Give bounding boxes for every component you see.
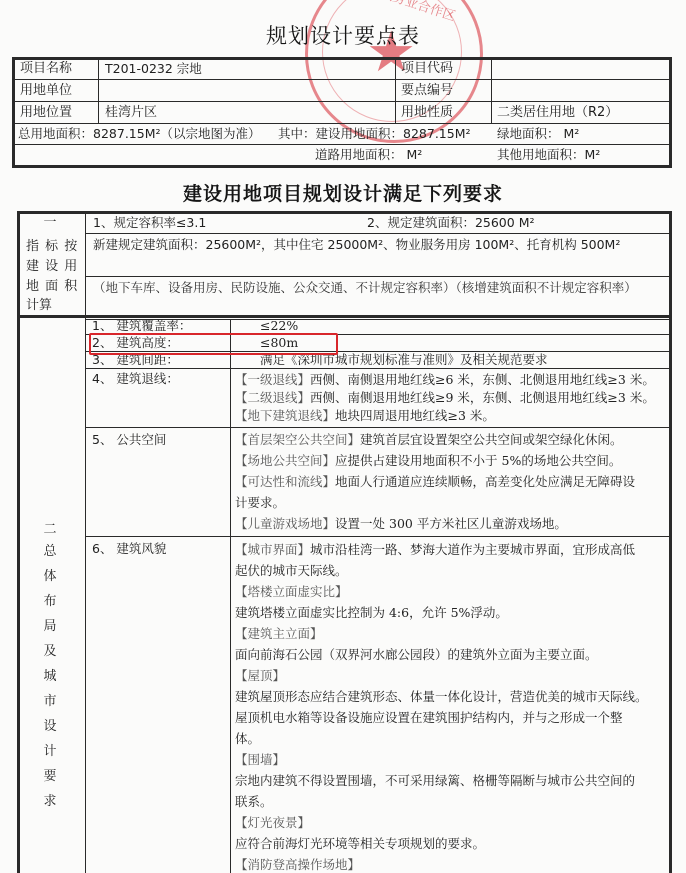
col-divider xyxy=(85,211,86,873)
row-divider xyxy=(13,123,672,124)
construction-area-label: 其中：建设用地面积： xyxy=(278,126,403,141)
public-space-text: 应提供占建设用地面积不小于 5%的场地公共空间。 xyxy=(335,453,621,468)
road-area-label: 道路用地面积： xyxy=(315,147,403,162)
setback-line: 【二级退线】西侧、南侧退用地红线≥9 米，东侧、北侧退用地红线≥3 米。 xyxy=(235,389,655,407)
land-location-label: 用地位置 xyxy=(20,104,72,122)
setback-line: 【地下建筑退线】地块四周退用地红线≥3 米。 xyxy=(235,407,495,425)
section-two-heading-char: 设 xyxy=(40,714,60,740)
project-code-label: 项目代码 xyxy=(401,60,453,78)
project-name-value: T201-0232 宗地 xyxy=(105,60,202,78)
row-divider xyxy=(13,79,672,80)
height-highlight-box xyxy=(89,333,338,355)
row-divider xyxy=(13,101,672,102)
style-label: 6、 建筑风貌 xyxy=(92,540,166,558)
section-two-heading-char: 要 xyxy=(40,764,60,790)
col-divider xyxy=(98,57,99,123)
style-text: 城市沿桂湾一路、梦海大道作为主要城市界面，宜形成高低 xyxy=(310,542,635,557)
land-use-label: 用地性质 xyxy=(401,104,453,122)
public-space-tag: 【场地公共空间】 xyxy=(235,453,335,468)
land-unit-label: 用地单位 xyxy=(20,82,72,100)
section-two-heading-char: 城 xyxy=(40,664,60,690)
area-exclusions: （地下车库、设备用房、民防设施、公众交通、不计规定容积率）（核增建筑面积不计规定… xyxy=(93,279,637,297)
section-two-heading-char: 局 xyxy=(40,614,60,640)
style-line: 【屋顶】 xyxy=(235,667,285,685)
style-line: 【消防登高操作场地】 xyxy=(235,856,360,873)
row-divider xyxy=(85,536,671,537)
row-divider xyxy=(85,276,671,277)
public-space-line: 【儿童游戏场地】设置一处 300 平方米社区儿童游戏场地。 xyxy=(235,515,567,533)
row-divider xyxy=(85,427,671,428)
table-border-right xyxy=(669,57,672,168)
total-area-label: 总用地面积： xyxy=(18,126,93,141)
style-tag: 【城市界面】 xyxy=(235,542,310,557)
setback-tag: 【地下建筑退线】 xyxy=(235,408,335,423)
style-line: 【城市界面】城市沿桂湾一路、梦海大道作为主要城市界面，宜形成高低 xyxy=(235,541,635,559)
style-line: 屋顶机电水箱等设备设施应设置在建筑围护结构内，并与之形成一个整 xyxy=(235,709,623,727)
section-two-heading-char: 求 xyxy=(40,789,60,815)
total-area-row: 总用地面积：8287.15M²（以宗地图为准） xyxy=(18,125,261,143)
public-space-text: 设置一处 300 平方米社区儿童游戏场地。 xyxy=(335,516,567,531)
construction-area-row: 其中：建设用地面积：8287.15M² xyxy=(278,125,471,143)
section-two-heading-char: 总 xyxy=(40,539,60,565)
section-title: 建设用地项目规划设计满足下列要求 xyxy=(0,179,686,206)
style-text: 起伏的城市天际线。 xyxy=(235,563,348,578)
document-title: 规划设计要点表 xyxy=(0,20,686,50)
col-divider xyxy=(395,57,396,123)
style-tag: 【灯光夜景】 xyxy=(235,815,310,830)
section-two-heading-char: 计 xyxy=(40,739,60,765)
style-line: 起伏的城市天际线。 xyxy=(235,562,348,580)
style-line: 【围墙】 xyxy=(235,751,285,769)
public-space-text: 建筑首层宜设置架空公共空间或架空绿化休闲。 xyxy=(360,432,623,447)
table-border-left xyxy=(17,211,20,873)
public-space-tag: 【可达性和流线】 xyxy=(235,474,335,489)
style-tag: 【屋顶】 xyxy=(235,668,285,683)
style-text: 建筑屋顶形态应结合建筑形态、体量一体化设计，营造优美的城市天际线。 xyxy=(235,689,648,704)
section-two-heading-char: 体 xyxy=(40,564,60,590)
section-one-heading-line: 地 面 积 xyxy=(26,278,78,296)
new-gross-floor-area: 新建规定建筑面积：25600M²，其中住宅 25000M²、物业服务用房 100… xyxy=(93,236,620,254)
green-area-label: 绿地面积： xyxy=(497,126,560,141)
section-two-heading-char: 及 xyxy=(40,639,60,665)
row-divider xyxy=(85,233,671,234)
public-space-tag: 【首层架空公共空间】 xyxy=(235,432,360,447)
gross-floor-area: 2、规定建筑面积：25600 M² xyxy=(367,214,535,232)
section-two-heading-char: 布 xyxy=(40,589,60,615)
row-divider xyxy=(13,144,672,145)
section-one-number: 一 xyxy=(40,214,60,232)
style-text: 联系。 xyxy=(235,794,273,809)
style-line: 宗地内建筑不得设置围墙，不可采用绿篱、格栅等隔断与城市公共空间的 xyxy=(235,772,635,790)
public-space-text: 地面人行通道应连续顺畅，高差变化处应满足无障碍设 xyxy=(335,474,635,489)
style-line: 建筑屋顶形态应结合建筑形态、体量一体化设计，营造优美的城市天际线。 xyxy=(235,688,648,706)
table-border-right xyxy=(669,211,672,873)
section-one-heading-line: 指 标 按 xyxy=(26,238,78,256)
section-one-heading-line: 建 设 用 xyxy=(26,258,78,276)
style-text: 建筑塔楼立面虚实比控制为 4:6，允许 5%浮动。 xyxy=(235,605,508,620)
table-border-bottom xyxy=(13,165,672,168)
project-name-label: 项目名称 xyxy=(20,60,72,78)
public-space-tag: 【儿童游戏场地】 xyxy=(235,516,335,531)
style-tag: 【消防登高操作场地】 xyxy=(235,857,360,872)
point-number-label: 要点编号 xyxy=(401,82,453,100)
road-area-row: 道路用地面积： M² xyxy=(315,146,422,164)
other-area-label: 其他用地面积： xyxy=(497,147,585,162)
style-text: 面向前海石公园（双界河水廊公园段）的建筑外立面为主要立面。 xyxy=(235,647,598,662)
style-text: 宗地内建筑不得设置围墙，不可采用绿篱、格栅等隔断与城市公共空间的 xyxy=(235,773,635,788)
style-line: 联系。 xyxy=(235,793,273,811)
setback-tag: 【一级退线】 xyxy=(235,372,310,387)
style-line: 体。 xyxy=(235,730,260,748)
style-text: 体。 xyxy=(235,731,260,746)
total-area-value: 8287.15M²（以宗地图为准） xyxy=(93,126,261,141)
style-text: 应符合前海灯光环境等相关专项规划的要求。 xyxy=(235,836,485,851)
style-line: 【建筑主立面】 xyxy=(235,625,323,643)
public-space-label: 5、 公共空间 xyxy=(92,431,166,449)
land-use-value: 二类居住用地（R2） xyxy=(497,104,618,122)
style-tag: 【建筑主立面】 xyxy=(235,626,323,641)
style-tag: 【塔楼立面虚实比】 xyxy=(235,584,348,599)
setback-line: 【一级退线】西侧、南侧退用地红线≥6 米，东侧、北侧退用地红线≥3 米。 xyxy=(235,371,655,389)
public-space-line: 【可达性和流线】地面人行通道应连续顺畅，高差变化处应满足无障碍设 xyxy=(235,473,635,491)
setback-text: 西侧、南侧退用地红线≥9 米，东侧、北侧退用地红线≥3 米。 xyxy=(310,390,655,405)
other-area-value: M² xyxy=(585,147,601,162)
setback-text: 地块四周退用地红线≥3 米。 xyxy=(335,408,495,423)
col-divider xyxy=(230,319,231,873)
setback-label: 4、 建筑退线： xyxy=(92,370,179,388)
construction-area-value: 8287.15M² xyxy=(403,126,471,141)
green-area-row: 绿地面积： M² xyxy=(497,125,579,143)
style-text: 屋顶机电水箱等设备设施应设置在建筑围护结构内，并与之形成一个整 xyxy=(235,710,623,725)
style-line: 【灯光夜景】 xyxy=(235,814,310,832)
style-line: 【塔楼立面虚实比】 xyxy=(235,583,348,601)
green-area-value: M² xyxy=(564,126,580,141)
road-area-value: M² xyxy=(407,147,423,162)
setback-text: 西侧、南侧退用地红线≥6 米，东侧、北侧退用地红线≥3 米。 xyxy=(310,372,655,387)
land-location-value: 桂湾片区 xyxy=(105,104,157,122)
style-tag: 【围墙】 xyxy=(235,752,285,767)
style-line: 建筑塔楼立面虚实比控制为 4:6，允许 5%浮动。 xyxy=(235,604,508,622)
other-area-row: 其他用地面积：M² xyxy=(497,146,600,164)
public-space-line: 【场地公共空间】应提供占建设用地面积不小于 5%的场地公共空间。 xyxy=(235,452,621,470)
section-two-heading-char: 市 xyxy=(40,689,60,715)
public-space-line: 【首层架空公共空间】建筑首层宜设置架空公共空间或架空绿化休闲。 xyxy=(235,431,623,449)
style-line: 应符合前海灯光环境等相关专项规划的要求。 xyxy=(235,835,485,853)
public-space-line: 计要求。 xyxy=(235,494,285,512)
section-one-heading-line: 计算 xyxy=(26,297,52,315)
col-divider xyxy=(491,57,492,123)
public-space-text: 计要求。 xyxy=(235,495,285,510)
setback-tag: 【二级退线】 xyxy=(235,390,310,405)
floor-area-ratio: 1、规定容积率≤3.1 xyxy=(93,214,206,232)
table-border-left xyxy=(12,57,15,168)
style-line: 面向前海石公园（双界河水廊公园段）的建筑外立面为主要立面。 xyxy=(235,646,598,664)
